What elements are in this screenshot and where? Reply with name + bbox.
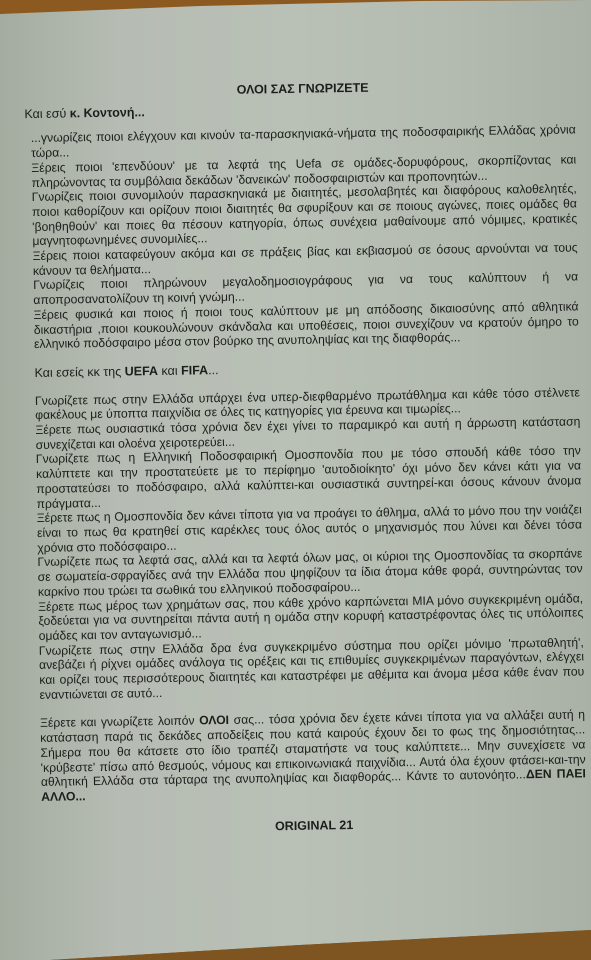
- greeting-addressee: κ. Κοντονή...: [70, 105, 145, 120]
- paragraph: Γνωρίζεις ποιοι συνομιλούν παρασκηνιακά …: [32, 182, 578, 249]
- heading-uefa: UEFA: [125, 364, 159, 379]
- section-addressed-to-minister: ...γνωρίζεις ποιοι ελέγχουν και κινούν τ…: [31, 123, 579, 352]
- heading-prefix: Και εσείς κκ της: [34, 365, 124, 380]
- document-body: ΟΛΟΙ ΣΑΣ ΓΝΩΡΙΖΕΤΕ Και εσύ κ. Κοντονή...…: [30, 77, 587, 837]
- paragraph: Γνωρίζετε πως στην Ελλάδα δρα ένα συγκεκ…: [39, 635, 585, 702]
- closing-emphasis-all: ΟΛΟΙ: [199, 713, 229, 727]
- greeting-line: Και εσύ κ. Κοντονή...: [24, 98, 575, 121]
- closing-text-1: Ξέρετε και γνωρίζετε λοιπόν: [40, 714, 199, 730]
- greeting-prefix: Και εσύ: [24, 106, 69, 121]
- heading-fifa: FIFA: [181, 363, 208, 377]
- paragraph: Γνωρίζετε πως η Ελληνική Ποδοσφαιρική Ομ…: [36, 444, 582, 511]
- heading-suffix: ...: [208, 363, 219, 377]
- section-addressed-to-uefa-fifa: Γνωρίζετε πως στην Ελλάδα υπάρχει ένα υπ…: [35, 385, 585, 702]
- heading-and: και: [158, 364, 181, 378]
- closing-paragraph: Ξέρετε και γνωρίζετε λοιπόν ΟΛΟΙ σας... …: [40, 708, 586, 805]
